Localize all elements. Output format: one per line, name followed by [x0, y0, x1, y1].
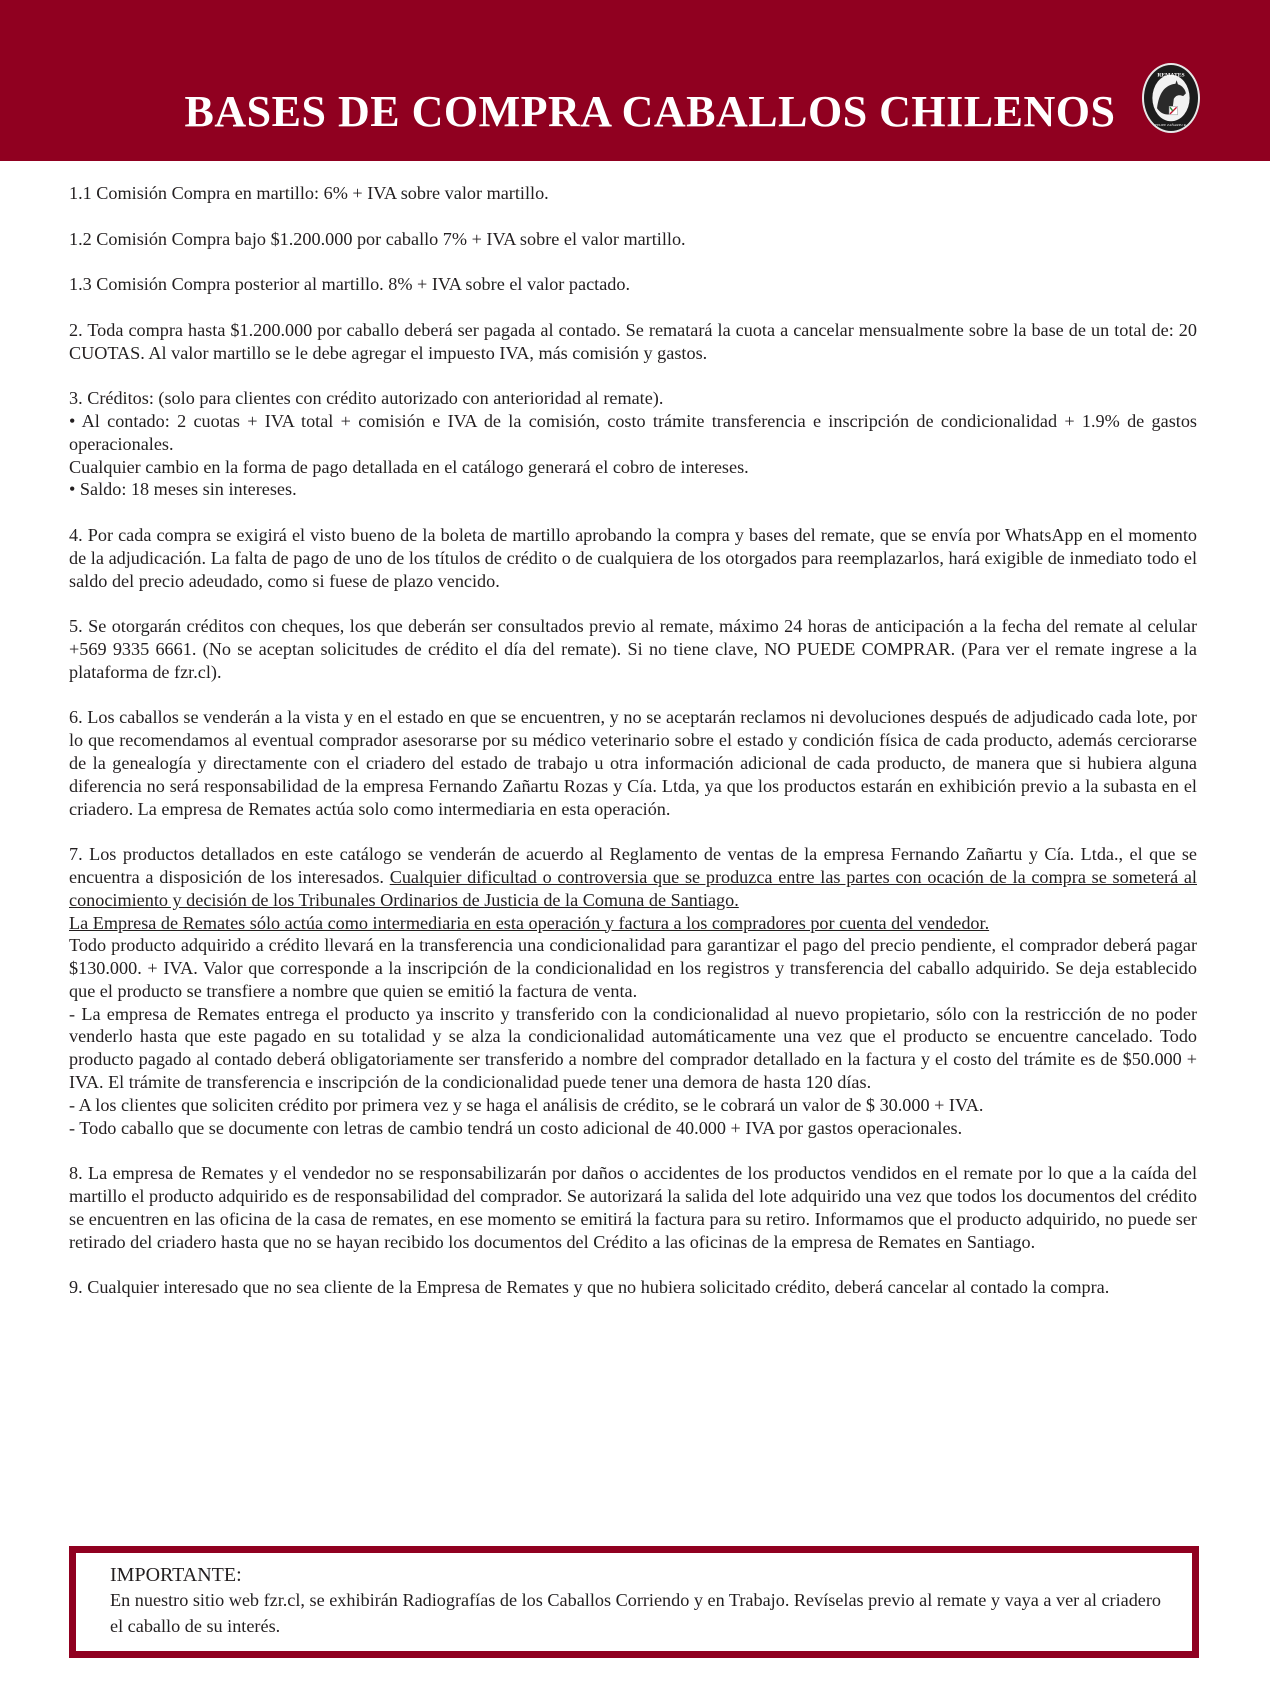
clause-1-3: 1.3 Comisión Compra posterior al martill…	[69, 273, 1197, 296]
clause-7-entrega: - La empresa de Remates entrega el produ…	[69, 1003, 1197, 1094]
clause-6: 6. Los caballos se venderán a la vista y…	[69, 706, 1197, 820]
clause-4: 4. Por cada compra se exigirá el visto b…	[69, 524, 1197, 592]
clause-3-contado: • Al contado: 2 cuotas + IVA total + com…	[69, 410, 1197, 456]
clause-7-intermediary: La Empresa de Remates sólo actúa como in…	[69, 912, 1197, 935]
clause-3-cambio: Cualquier cambio en la forma de pago det…	[69, 456, 1197, 479]
terms-body: 1.1 Comisión Compra en martillo: 6% + IV…	[69, 182, 1197, 1299]
clause-3-saldo: • Saldo: 18 meses sin intereses.	[69, 478, 1197, 501]
svg-text:REMATES: REMATES	[1157, 73, 1184, 79]
header-banner: BASES DE COMPRA CABALLOS CHILENOS REMATE…	[0, 0, 1270, 161]
clause-8: 8. La empresa de Remates y el vendedor n…	[69, 1162, 1197, 1253]
clause-1-2: 1.2 Comisión Compra bajo $1.200.000 por …	[69, 228, 1197, 251]
clause-9: 9. Cualquier interesado que no sea clien…	[69, 1276, 1197, 1299]
clause-3-intro: 3. Créditos: (solo para clientes con cré…	[69, 387, 1197, 410]
clause-1-1: 1.1 Comisión Compra en martillo: 6% + IV…	[69, 182, 1197, 205]
clause-7-letras: - Todo caballo que se documente con letr…	[69, 1117, 1197, 1140]
svg-text:FELIPE ZAÑARTU R.: FELIPE ZAÑARTU R.	[1155, 122, 1187, 127]
horse-head-logo-icon: REMATES FELIPE ZAÑARTU R.	[1142, 63, 1200, 133]
important-notice-box: IMPORTANTE: En nuestro sitio web fzr.cl,…	[69, 1546, 1199, 1658]
clause-7-analisis: - A los clientes que soliciten crédito p…	[69, 1094, 1197, 1117]
clause-7: 7. Los productos detallados en este catá…	[69, 843, 1197, 911]
important-heading: IMPORTANTE:	[110, 1563, 1162, 1587]
clause-2: 2. Toda compra hasta $1.200.000 por caba…	[69, 319, 1197, 365]
page-title: BASES DE COMPRA CABALLOS CHILENOS	[0, 86, 1270, 138]
important-text: En nuestro sitio web fzr.cl, se exhibirá…	[110, 1587, 1162, 1639]
clause-5: 5. Se otorgarán créditos con cheques, lo…	[69, 615, 1197, 683]
clause-7-credito: Todo producto adquirido a crédito llevar…	[69, 934, 1197, 1002]
